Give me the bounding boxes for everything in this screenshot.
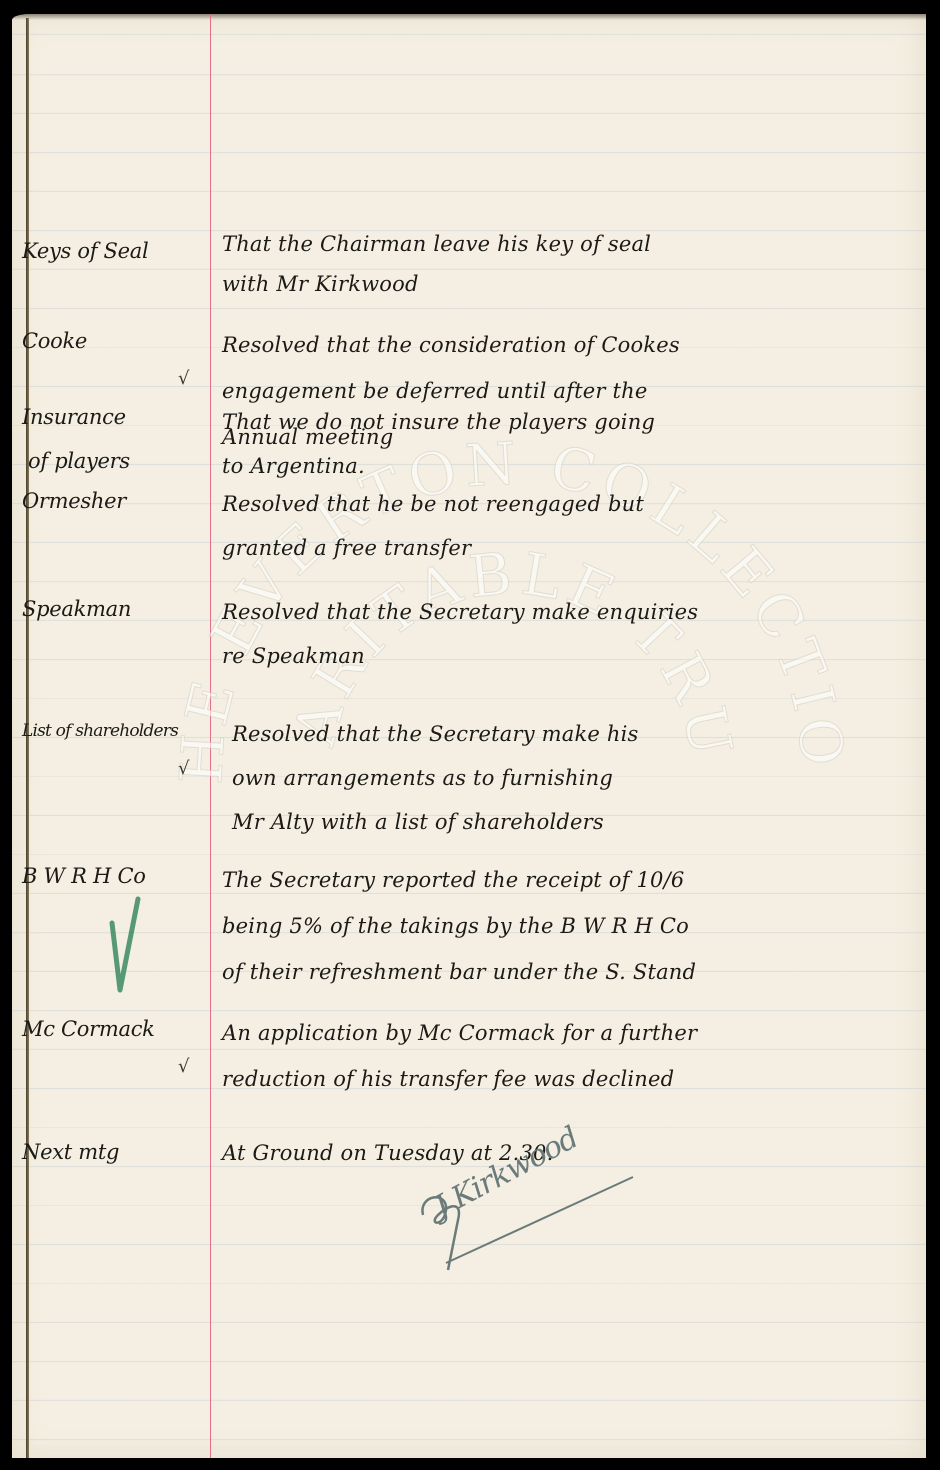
entry-label: Cooke: [22, 322, 198, 360]
green-check-mark-icon: [108, 895, 148, 995]
entry-label: Ormesher: [22, 482, 198, 520]
check-tick-icon: √: [178, 368, 189, 389]
entry-line: granted a free transfer: [222, 526, 902, 570]
entry-line: of their refreshment bar under the S. St…: [222, 949, 902, 995]
entry-line: own arrangements as to furnishing: [232, 756, 912, 800]
entry-line: Resolved that the Secretary make enquiri…: [222, 590, 902, 634]
entry-line: Mr Alty with a list of shareholders: [232, 800, 912, 844]
entry-body: Resolved that he be not reengaged but gr…: [222, 482, 902, 570]
entry-line: reduction of his transfer fee was declin…: [222, 1056, 902, 1102]
entry-body: Resolved that the consideration of Cooke…: [222, 322, 902, 460]
entry-label: Mc Cormack: [22, 1010, 198, 1048]
entry-body: Resolved that the Secretary make enquiri…: [222, 590, 902, 678]
entry-body: An application by Mc Cormack for a furth…: [222, 1010, 902, 1102]
entry-label: Speakman: [22, 590, 198, 628]
entry-line: Resolved that the Secretary make his: [232, 712, 912, 756]
entry-line: re Speakman: [222, 634, 902, 678]
entry-line: The Secretary reported the receipt of 10…: [222, 857, 902, 903]
check-tick-icon: √: [178, 758, 189, 779]
entry-line: An application by Mc Cormack for a furth…: [222, 1010, 902, 1056]
entry-line: Resolved that the consideration of Cooke…: [222, 322, 902, 368]
entry-body: Resolved that the Secretary make his own…: [232, 712, 912, 844]
entry-label: B W R H Co: [22, 857, 198, 895]
entry-line: engagement be deferred until after the: [222, 368, 902, 414]
entry-label: List of shareholders: [22, 712, 198, 750]
entry-label: Next mtg: [22, 1133, 198, 1171]
entry-line: Resolved that he be not reengaged but: [222, 482, 902, 526]
entry-line: being 5% of the takings by the B W R H C…: [222, 903, 902, 949]
check-tick-icon: √: [178, 1056, 189, 1077]
margin-rule: [210, 14, 211, 1458]
entry-body: The Secretary reported the receipt of 10…: [222, 857, 902, 995]
entry-line: Annual meeting: [222, 414, 902, 460]
